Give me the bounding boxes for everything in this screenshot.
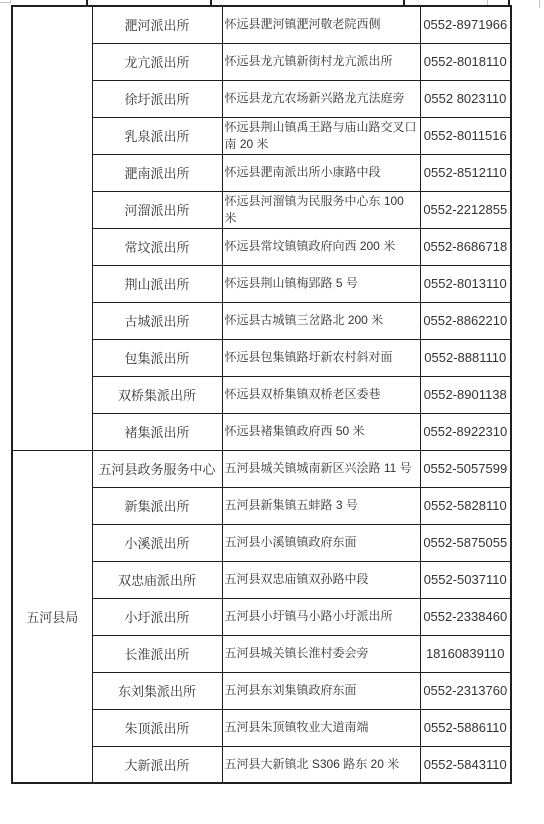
table-row: 五河县局五河县政务服务中心五河县城关镇城南新区兴浍路 11 号0552-5057… (12, 450, 511, 487)
station-name: 龙亢派出所 (92, 43, 222, 80)
station-name: 五河县政务服务中心 (92, 450, 222, 487)
station-phone: 0552-8881110 (420, 339, 511, 376)
station-phone: 0552-8901138 (420, 376, 511, 413)
station-address: 五河县城关镇长淮村委会旁 (222, 635, 420, 672)
station-address: 怀远县淝河镇淝河敬老院西侧 (222, 6, 420, 43)
station-name: 淝南派出所 (92, 154, 222, 191)
station-name: 褚集派出所 (92, 413, 222, 450)
station-phone: 0552-2313760 (420, 672, 511, 709)
station-name: 双桥集派出所 (92, 376, 222, 413)
station-name: 朱顶派出所 (92, 709, 222, 746)
station-phone: 0552-5843110 (420, 746, 511, 783)
station-phone: 0552-8018110 (420, 43, 511, 80)
station-address: 五河县小圩镇马小路小圩派出所 (222, 598, 420, 635)
station-phone: 0552-8862210 (420, 302, 511, 339)
table-row: 淝河派出所怀远县淝河镇淝河敬老院西侧0552-8971966 (12, 6, 511, 43)
station-name: 新集派出所 (92, 487, 222, 524)
document-page: { "page": { "background": "#ffffff", "ta… (0, 0, 544, 824)
station-phone: 0552-2212855 (420, 191, 511, 228)
station-phone: 0552-8013110 (420, 265, 511, 302)
station-phone: 0552-8011516 (420, 117, 511, 154)
station-phone: 0552-8686718 (420, 228, 511, 265)
bureau-label-cell (12, 6, 92, 450)
bureau-label-cell: 五河县局 (12, 450, 92, 783)
station-phone: 0552-5037110 (420, 561, 511, 598)
station-address: 五河县城关镇城南新区兴浍路 11 号 (222, 450, 420, 487)
police-stations-table: 淝河派出所怀远县淝河镇淝河敬老院西侧0552-8971966龙亢派出所怀远县龙亢… (11, 5, 512, 784)
station-name: 荆山派出所 (92, 265, 222, 302)
police-stations-table-body: 淝河派出所怀远县淝河镇淝河敬老院西侧0552-8971966龙亢派出所怀远县龙亢… (12, 6, 511, 783)
station-phone: 0552-2338460 (420, 598, 511, 635)
station-address: 怀远县古城镇三岔路北 200 米 (222, 302, 420, 339)
station-address: 五河县双忠庙镇双孙路中段 (222, 561, 420, 598)
station-phone: 0552-8971966 (420, 6, 511, 43)
station-name: 常坟派出所 (92, 228, 222, 265)
gridline-artifact (539, 0, 540, 8)
station-name: 淝河派出所 (92, 6, 222, 43)
station-address: 怀远县常坟镇镇政府向西 200 米 (222, 228, 420, 265)
station-phone: 0552-5057599 (420, 450, 511, 487)
station-name: 小圩派出所 (92, 598, 222, 635)
station-address: 怀远县河溜镇为民服务中心东 100 米 (222, 191, 420, 228)
station-name: 东刘集派出所 (92, 672, 222, 709)
station-address: 怀远县淝南派出所小康路中段 (222, 154, 420, 191)
station-address: 怀远县龙亢农场新兴路龙亢法庭旁 (222, 80, 420, 117)
station-address: 五河县大新镇北 S306 路东 20 米 (222, 746, 420, 783)
station-name: 双忠庙派出所 (92, 561, 222, 598)
station-name: 徐圩派出所 (92, 80, 222, 117)
station-name: 河溜派出所 (92, 191, 222, 228)
station-address: 五河县朱顶镇牧业大道南端 (222, 709, 420, 746)
station-name: 古城派出所 (92, 302, 222, 339)
station-address: 五河县小溪镇镇政府东面 (222, 524, 420, 561)
station-phone: 0552 8023110 (420, 80, 511, 117)
station-address: 怀远县双桥集镇双桥老区委巷 (222, 376, 420, 413)
station-name: 小溪派出所 (92, 524, 222, 561)
station-address: 怀远县龙亢镇新街村龙亢派出所 (222, 43, 420, 80)
station-address: 怀远县包集镇路圩新农村斜对面 (222, 339, 420, 376)
station-address: 怀远县荆山镇禹王路与庙山路交叉口南 20 米 (222, 117, 420, 154)
station-name: 长淮派出所 (92, 635, 222, 672)
station-phone: 0552-8512110 (420, 154, 511, 191)
station-address: 怀远县荆山镇梅郢路 5 号 (222, 265, 420, 302)
station-name: 乳泉派出所 (92, 117, 222, 154)
station-name: 包集派出所 (92, 339, 222, 376)
station-name: 大新派出所 (92, 746, 222, 783)
gridline-artifact (10, 0, 11, 3)
station-address: 五河县东刘集镇政府东面 (222, 672, 420, 709)
station-phone: 0552-5828110 (420, 487, 511, 524)
station-phone: 0552-5886110 (420, 709, 511, 746)
station-phone: 0552-5875055 (420, 524, 511, 561)
station-phone: 0552-8922310 (420, 413, 511, 450)
station-address: 怀远县褚集镇政府西 50 米 (222, 413, 420, 450)
station-address: 五河县新集镇五蚌路 3 号 (222, 487, 420, 524)
station-phone: 18160839110 (420, 635, 511, 672)
